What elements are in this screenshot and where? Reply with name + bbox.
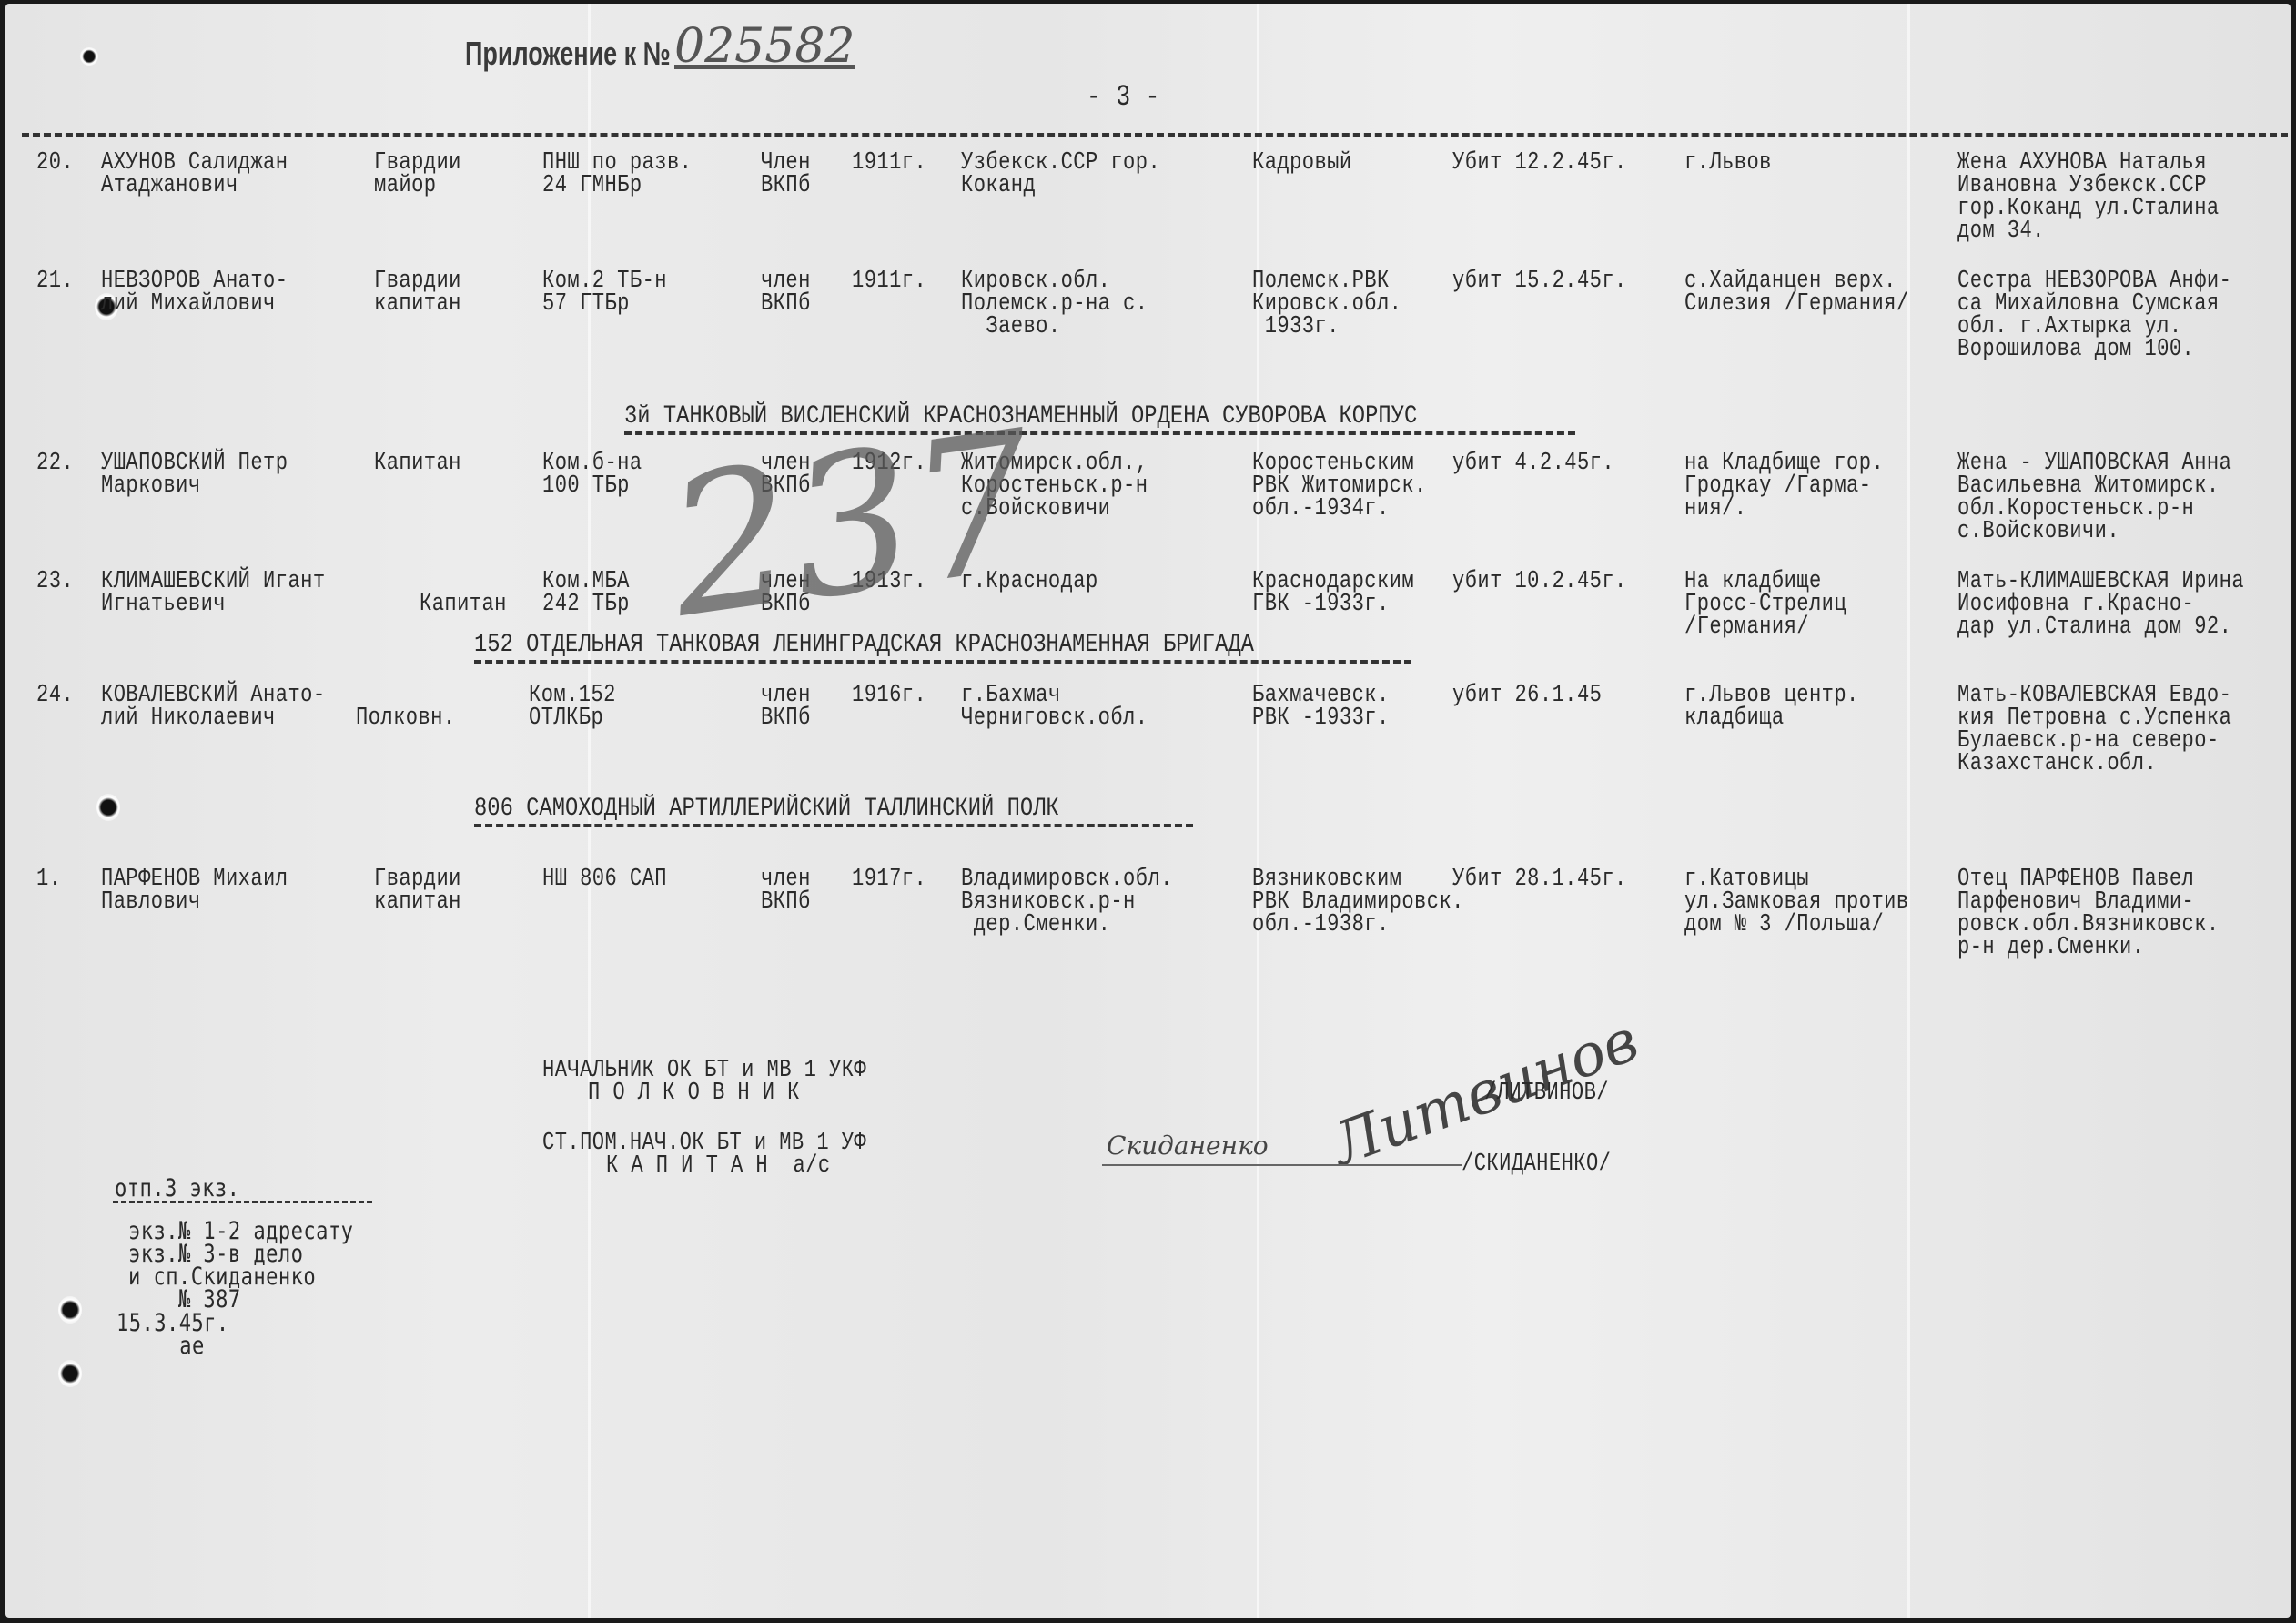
cell-party: ВКПб: [761, 887, 811, 918]
cell-fate: Убит 28.1.45г.: [1452, 864, 1627, 895]
cell-buried: /Германия/: [1684, 612, 1809, 643]
cell-position: 57 ГТБр: [542, 289, 630, 320]
cell-relative: р-н дер.Сменки.: [1957, 932, 2144, 963]
cell-fate: убит 4.2.45г.: [1452, 448, 1614, 479]
punch-hole-icon: [58, 1296, 82, 1324]
typist-initials: ае: [142, 1331, 205, 1362]
cell-party: ВКПб: [761, 170, 811, 201]
cell-position: 242 ТБр: [542, 589, 630, 620]
cell-relative: дар ул.Сталина дом 92.: [1957, 612, 2231, 643]
punch-hole-icon: [58, 1360, 82, 1387]
cell-rank: Капитан: [374, 448, 461, 479]
cell-relative: с.Войсковичи.: [1957, 516, 2119, 547]
cell-fate: убит 10.2.45г.: [1452, 566, 1627, 597]
cell-buried: дом № 3 /Польша/: [1684, 909, 1884, 940]
cell-position: 100 ТБр: [542, 471, 630, 502]
cell-drafted: ГВК -1933г.: [1252, 589, 1390, 620]
chief-rank: П О Л К О В Н И К: [588, 1078, 800, 1109]
punch-hole-icon: [80, 47, 98, 66]
cell-born: 1911г.: [852, 147, 926, 178]
cell-rank: Капитан: [420, 589, 507, 620]
cell-drafted: 1933г.: [1252, 311, 1340, 342]
appendix-label: Приложение к №: [465, 38, 671, 69]
cell-name: Игнатьевич: [101, 589, 226, 620]
cell-rank: Полковн.: [356, 703, 456, 734]
cell-rank: капитан: [374, 887, 461, 918]
cell-rank: майор: [374, 170, 436, 201]
chief-name: /ЛИТВИНОВ/: [1484, 1078, 1609, 1109]
cell-name: Павлович: [101, 887, 201, 918]
cell-buried: ния/.: [1684, 493, 1746, 524]
asst-signature: Скиданенко: [1107, 1131, 1269, 1161]
cell-fate: убит 26.1.45: [1452, 680, 1602, 711]
cell-name: Атаджанович: [101, 170, 238, 201]
cell-rank: капитан: [374, 289, 461, 320]
asst-name: /СКИДАНЕНКО/: [1462, 1149, 1611, 1180]
fold-line: [1907, 4, 1910, 1618]
cell-num: 22.: [36, 448, 74, 479]
cell-relative: Ворошилова дом 100.: [1957, 334, 2194, 365]
cell-name: Маркович: [101, 471, 201, 502]
copies-underline: [113, 1201, 372, 1203]
fold-line: [1257, 4, 1259, 1618]
cell-name: лий Николаевич: [101, 703, 276, 734]
cell-drafted: обл.-1938г.: [1252, 909, 1390, 940]
cell-party: ВКПб: [761, 289, 811, 320]
cell-party: ВКПб: [761, 703, 811, 734]
punch-hole-icon: [96, 794, 120, 821]
cell-fate: убит 15.2.45г.: [1452, 266, 1627, 297]
appendix-number: 025582: [674, 31, 855, 62]
cell-relative: Казахстанск.обл.: [1957, 748, 2157, 779]
cell-birthplace: Черниговск.обл.: [961, 703, 1148, 734]
cell-position: НШ 806 САП: [542, 864, 667, 895]
cell-num: 24.: [36, 680, 74, 711]
cell-buried: Силезия /Германия/: [1684, 289, 1909, 320]
cell-position: ОТЛКБр: [529, 703, 603, 734]
cell-position: 24 ГМНБр: [542, 170, 642, 201]
section-underline: [474, 824, 1193, 827]
cell-drafted: Кадровый: [1252, 147, 1352, 178]
cell-drafted: обл.-1934г.: [1252, 493, 1390, 524]
cell-born: 1911г.: [852, 266, 926, 297]
section-regiment: 806 САМОХОДНЫЙ АРТИЛЛЕРИЙСКИЙ ТАЛЛИНСКИЙ…: [474, 794, 1059, 825]
cell-birthplace: дер.Сменки.: [961, 909, 1110, 940]
cell-num: 1.: [36, 864, 61, 895]
cell-num: 20.: [36, 147, 74, 178]
document-page: Приложение к № 025582 - 3 - 20.АХУНОВ Са…: [5, 4, 2291, 1618]
cell-birthplace: Заево.: [961, 311, 1061, 342]
cell-fate: Убит 12.2.45г.: [1452, 147, 1627, 178]
cell-num: 21.: [36, 266, 74, 297]
copies-count: отп.3 экз.: [115, 1173, 239, 1204]
cell-relative: дом 34.: [1957, 216, 2045, 247]
header-divider: [22, 133, 2288, 137]
cell-buried: кладбища: [1684, 703, 1785, 734]
cell-buried: г.Львов: [1684, 147, 1772, 178]
page-number: - 3 -: [1087, 82, 1160, 113]
cell-birthplace: Коканд: [961, 170, 1036, 201]
cell-born: 1916г.: [852, 680, 926, 711]
asst-rank: К А П И Т А Н а/с: [606, 1151, 831, 1182]
signature-line: [1102, 1164, 1462, 1166]
section-underline: [474, 660, 1411, 664]
cell-drafted: РВК -1933г.: [1252, 703, 1390, 734]
cell-num: 23.: [36, 566, 74, 597]
cell-born: 1917г.: [852, 864, 926, 895]
cell-name: лий Михайлович: [101, 289, 276, 320]
